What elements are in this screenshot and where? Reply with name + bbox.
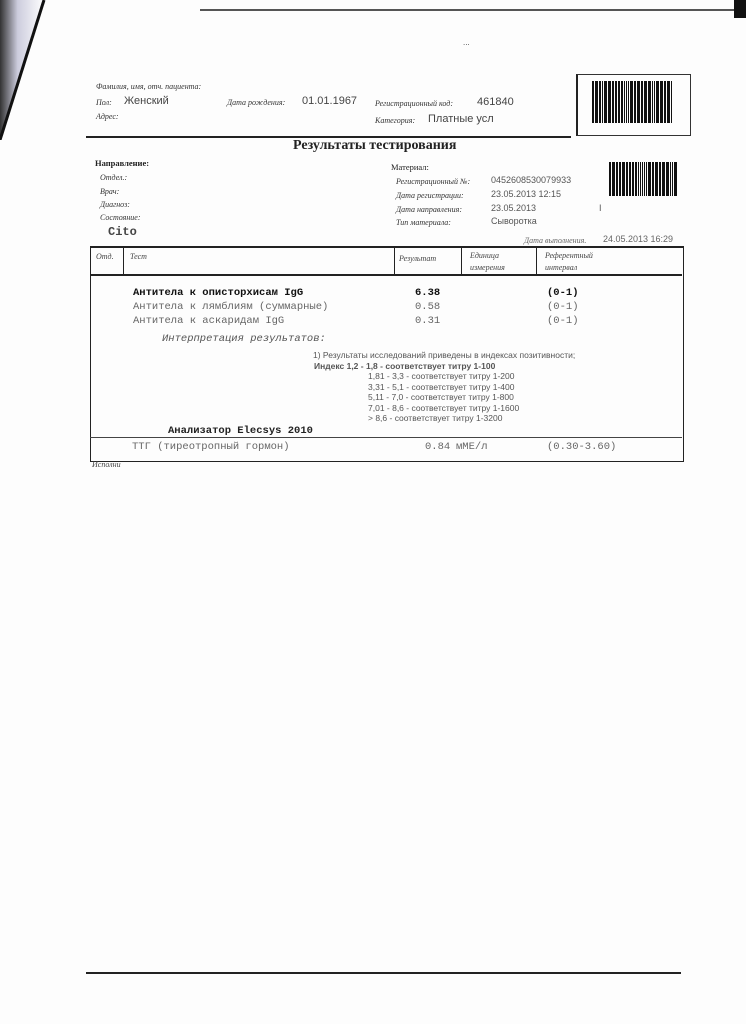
- header-result: Результат: [399, 254, 436, 263]
- cito-mark: Cito: [108, 225, 137, 239]
- page-title: Результаты тестирования: [293, 138, 456, 154]
- referral-heading: Направление:: [95, 158, 149, 168]
- row-result: 0.58: [415, 301, 440, 313]
- interpretation-line: 1,81 - 3,3 - соответствует титру 1-200: [368, 371, 514, 381]
- interpretation-line: 3,31 - 5,1 - соответствует титру 1-400: [368, 382, 514, 392]
- analyzer-row-test: ТТГ (тиреотропный гормон): [132, 441, 290, 453]
- ref-date-label: Дата направления:: [396, 205, 462, 214]
- header-dept: Отд.: [96, 252, 114, 261]
- material-type-label: Тип материала:: [396, 218, 451, 227]
- row-test: Антитела к аскаридам IgG: [133, 315, 284, 327]
- row-reference: (0-1): [547, 301, 579, 313]
- interpretation-line: 7,01 - 8,6 - соответствует титру 1-1600: [368, 403, 519, 413]
- interpretation-line: > 8,6 - соответствует титру 1-3200: [368, 413, 502, 423]
- row-result: 6.38: [415, 287, 440, 299]
- scan-right-corner: [734, 0, 746, 18]
- reg-code-value: 461840: [477, 96, 514, 108]
- row-test: Антитела к лямблиям (суммарные): [133, 301, 328, 313]
- patient-name-label: Фамилия, имя, отч. пациента:: [96, 82, 201, 91]
- analyzer-row-result: 0.84: [425, 441, 450, 453]
- interpretation-line: 1) Результаты исследований приведены в и…: [313, 350, 575, 360]
- header-test: Тест: [130, 252, 147, 261]
- barcode-material: [609, 162, 677, 196]
- category-value: Платные усл: [428, 113, 494, 125]
- performer-label: Исполни: [92, 460, 121, 469]
- page-footer-line: [86, 972, 681, 974]
- condition-label: Состояние:: [100, 213, 141, 222]
- reg-no-value: 0452608530079933: [491, 175, 571, 185]
- analyzer-heading: Анализатор Elecsys 2010: [168, 425, 313, 437]
- top-marks: ...: [463, 38, 470, 47]
- address-label: Адрес:: [96, 112, 119, 121]
- handwritten-mark: I: [599, 203, 602, 213]
- material-heading: Материал:: [391, 162, 429, 172]
- analyzer-row-unit: мМЕ/л: [456, 441, 488, 453]
- birth-date-value: 01.01.1967: [302, 95, 357, 107]
- interpretation-line: Индекс 1,2 - 1,8 - соответствует титру 1…: [314, 361, 495, 371]
- completed-label: Дата выполнения.: [524, 236, 586, 245]
- doctor-label: Врач:: [100, 187, 119, 196]
- barcode-box: [576, 74, 691, 136]
- barcode-top: [592, 81, 672, 123]
- reg-code-label: Регистрационный код:: [375, 99, 453, 108]
- interpretation-heading: Интерпретация результатов:: [162, 333, 326, 345]
- row-result: 0.31: [415, 315, 440, 327]
- dept-label: Отдел.:: [100, 173, 127, 182]
- ref-date-value: 23.05.2013: [491, 203, 536, 213]
- table-header-divider: [90, 274, 682, 276]
- reg-date-value: 23.05.2013 12:15: [491, 189, 561, 199]
- header-unit: Единица измерения: [470, 250, 525, 274]
- completed-value: 24.05.2013 16:29: [603, 234, 673, 244]
- interpretation-line: 5,11 - 7,0 - соответствует титру 1-800: [368, 392, 514, 402]
- header-reference: Референтный интервал: [545, 250, 615, 274]
- row-reference: (0-1): [547, 287, 579, 299]
- scan-corner-shadow: [0, 0, 140, 140]
- scan-top-edge: [200, 9, 740, 11]
- analyzer-divider: [90, 437, 682, 438]
- category-label: Категория:: [375, 116, 415, 125]
- sex-label: Пол:: [96, 98, 112, 107]
- material-type-value: Сыворотка: [491, 216, 537, 226]
- row-test: Антитела к описторхисам IgG: [133, 287, 303, 299]
- sex-value: Женский: [124, 95, 169, 107]
- birth-date-label: Дата рождения:: [227, 98, 285, 107]
- analyzer-row-reference: (0.30-3.60): [547, 441, 616, 453]
- diagnosis-label: Диагноз:: [100, 200, 130, 209]
- row-reference: (0-1): [547, 315, 579, 327]
- reg-date-label: Дата регистрации:: [396, 191, 464, 200]
- reg-no-label: Регистрационный №:: [396, 177, 470, 186]
